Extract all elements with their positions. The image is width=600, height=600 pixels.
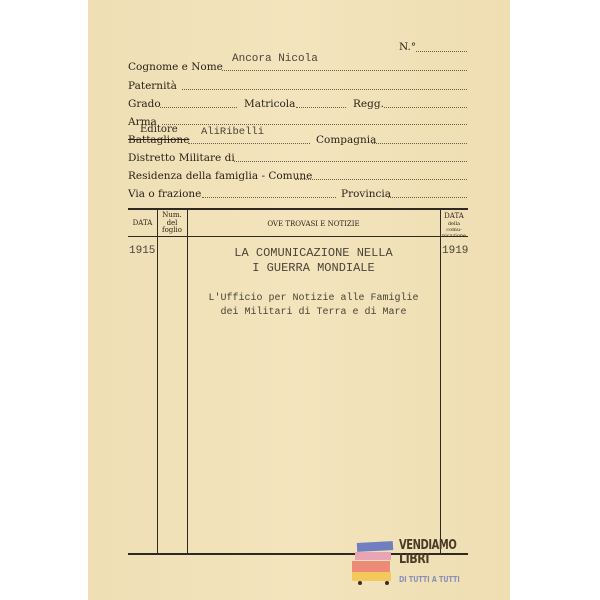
- book-yellow-icon: [352, 572, 391, 581]
- book-blue-icon: [357, 541, 393, 552]
- numero-label: N.°: [399, 41, 416, 53]
- cart-wheel-icon: [385, 581, 389, 585]
- residenza-field[interactable]: [295, 179, 467, 180]
- compagnia-field[interactable]: [372, 143, 467, 144]
- header-data-com-line: della comu-: [440, 221, 468, 233]
- header-data-com-line: DATA: [440, 213, 468, 221]
- row-subtitle-line: dei Militari di Terra e di Mare: [187, 306, 440, 320]
- header-data: DATA: [128, 220, 157, 228]
- logo-line2: LIBRI: [399, 553, 429, 566]
- row-title-line: LA COMUNICAZIONE NELLA: [187, 246, 440, 261]
- logo-tagline: DI TUTTI A TUTTI: [399, 576, 460, 584]
- via-field[interactable]: [202, 197, 336, 198]
- compagnia-label: Compagnia: [316, 134, 376, 146]
- cognome-value: Ancora Nicola: [232, 53, 318, 65]
- book-salmon-icon: [352, 561, 390, 572]
- via-label: Via o frazione: [128, 188, 201, 200]
- regg-field[interactable]: [384, 107, 467, 108]
- regg-label: Regg.: [353, 98, 384, 110]
- header-num-foglio-line: foglio: [157, 227, 187, 235]
- paternita-field[interactable]: [182, 89, 467, 90]
- battaglione-value: AliRibelli: [201, 126, 264, 138]
- column-divider: [157, 210, 158, 554]
- table-header-border: [128, 236, 468, 237]
- logo-line1: VENDIAMO: [399, 539, 456, 552]
- battaglione-label: Battaglione: [128, 134, 189, 146]
- residenza-label: Residenza della famiglia - Comune: [128, 170, 312, 182]
- table-top-border: [128, 208, 468, 210]
- row-subtitle-line: L'Ufficio per Notizie alle Famiglie: [187, 292, 440, 306]
- distretto-label: Distretto Militare di: [128, 152, 235, 164]
- book-pink-icon: [355, 552, 391, 560]
- row-data-com-value: 1919: [442, 245, 468, 257]
- header-data-comunicazione: DATA della comu- nicazione: [440, 213, 468, 239]
- grado-label: Grado: [128, 98, 161, 110]
- row-data-value: 1915: [129, 245, 155, 257]
- distretto-field[interactable]: [234, 161, 467, 162]
- paternita-label: Paternità: [128, 80, 177, 92]
- cognome-label: Cognome e Nome: [128, 61, 223, 73]
- row-title: LA COMUNICAZIONE NELLA I GUERRA MONDIALE: [187, 246, 440, 276]
- provincia-field[interactable]: [388, 197, 467, 198]
- row-subtitle: L'Ufficio per Notizie alle Famiglie dei …: [187, 292, 440, 320]
- header-num-foglio: Num. del foglio: [157, 212, 187, 235]
- row-title-line: I GUERRA MONDIALE: [187, 261, 440, 276]
- arma-field[interactable]: [162, 124, 467, 125]
- grado-field[interactable]: [160, 107, 237, 108]
- matricola-label: Matricola: [244, 98, 295, 110]
- numero-field[interactable]: [416, 51, 467, 52]
- cart-wheel-icon: [358, 581, 362, 585]
- column-divider: [440, 210, 441, 554]
- battaglione-field[interactable]: [188, 143, 310, 144]
- cognome-field[interactable]: [222, 70, 467, 71]
- provincia-label: Provincia: [341, 188, 391, 200]
- header-notizie: OVE TROVASI E NOTIZIE: [187, 221, 440, 229]
- matricola-field[interactable]: [296, 107, 346, 108]
- header-data-com-line: nicazione: [440, 233, 468, 239]
